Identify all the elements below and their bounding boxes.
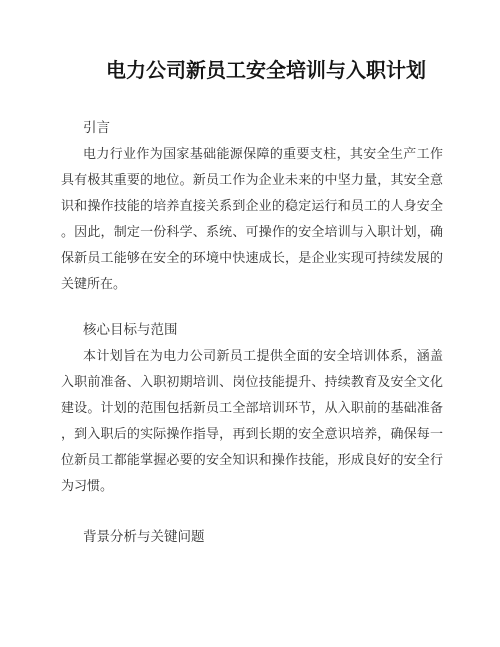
paragraph-line: 建设。计划的范围包括新员工全部培训环节，从入职前的基础准备 <box>61 395 443 421</box>
document-section: 核心目标与范围本计划旨在为电力公司新员工提供全面的安全培训体系，涵盖入职前准备、… <box>61 317 443 499</box>
paragraph-line: 。因此，制定一份科学、系统、可操作的安全培训与入职计划，确 <box>61 219 443 245</box>
paragraph: 本计划旨在为电力公司新员工提供全面的安全培训体系，涵盖入职前准备、入职初期培训、… <box>61 343 443 499</box>
document-content: 电力公司新员工安全培训与入职计划 引言电力行业作为国家基础能源保障的重要支柱，其… <box>0 56 500 550</box>
paragraph-line: 识和操作技能的培养直接关系到企业的稳定运行和员工的人身安全 <box>61 193 443 219</box>
document-body: 引言电力行业作为国家基础能源保障的重要支柱，其安全生产工作具有极其重要的地位。新… <box>61 115 443 550</box>
paragraph-line: 关键所在。 <box>61 271 443 297</box>
paragraph-line: 具有极其重要的地位。新员工作为企业未来的中坚力量，其安全意 <box>61 167 443 193</box>
document-section: 引言电力行业作为国家基础能源保障的重要支柱，其安全生产工作具有极其重要的地位。新… <box>61 115 443 297</box>
paragraph-line: 为习惯。 <box>61 473 443 499</box>
paragraph-line: 入职前准备、入职初期培训、岗位技能提升、持续教育及安全文化 <box>61 369 443 395</box>
section-heading: 核心目标与范围 <box>61 317 443 343</box>
section-heading: 背景分析与关键问题 <box>61 524 443 550</box>
paragraph-line: 本计划旨在为电力公司新员工提供全面的安全培训体系，涵盖 <box>61 343 443 369</box>
document-title: 电力公司新员工安全培训与入职计划 <box>61 56 443 86</box>
section-heading: 引言 <box>61 115 443 141</box>
document-page: 电力公司新员工安全培训与入职计划 引言电力行业作为国家基础能源保障的重要支柱，其… <box>0 0 500 647</box>
paragraph-line: ，到入职后的实际操作指导，再到长期的安全意识培养，确保每一 <box>61 421 443 447</box>
paragraph: 电力行业作为国家基础能源保障的重要支柱，其安全生产工作具有极其重要的地位。新员工… <box>61 141 443 297</box>
document-section: 背景分析与关键问题 <box>61 524 443 550</box>
paragraph-line: 电力行业作为国家基础能源保障的重要支柱，其安全生产工作 <box>61 141 443 167</box>
paragraph-line: 保新员工能够在安全的环境中快速成长，是企业实现可持续发展的 <box>61 245 443 271</box>
paragraph-line: 位新员工都能掌握必要的安全知识和操作技能，形成良好的安全行 <box>61 447 443 473</box>
